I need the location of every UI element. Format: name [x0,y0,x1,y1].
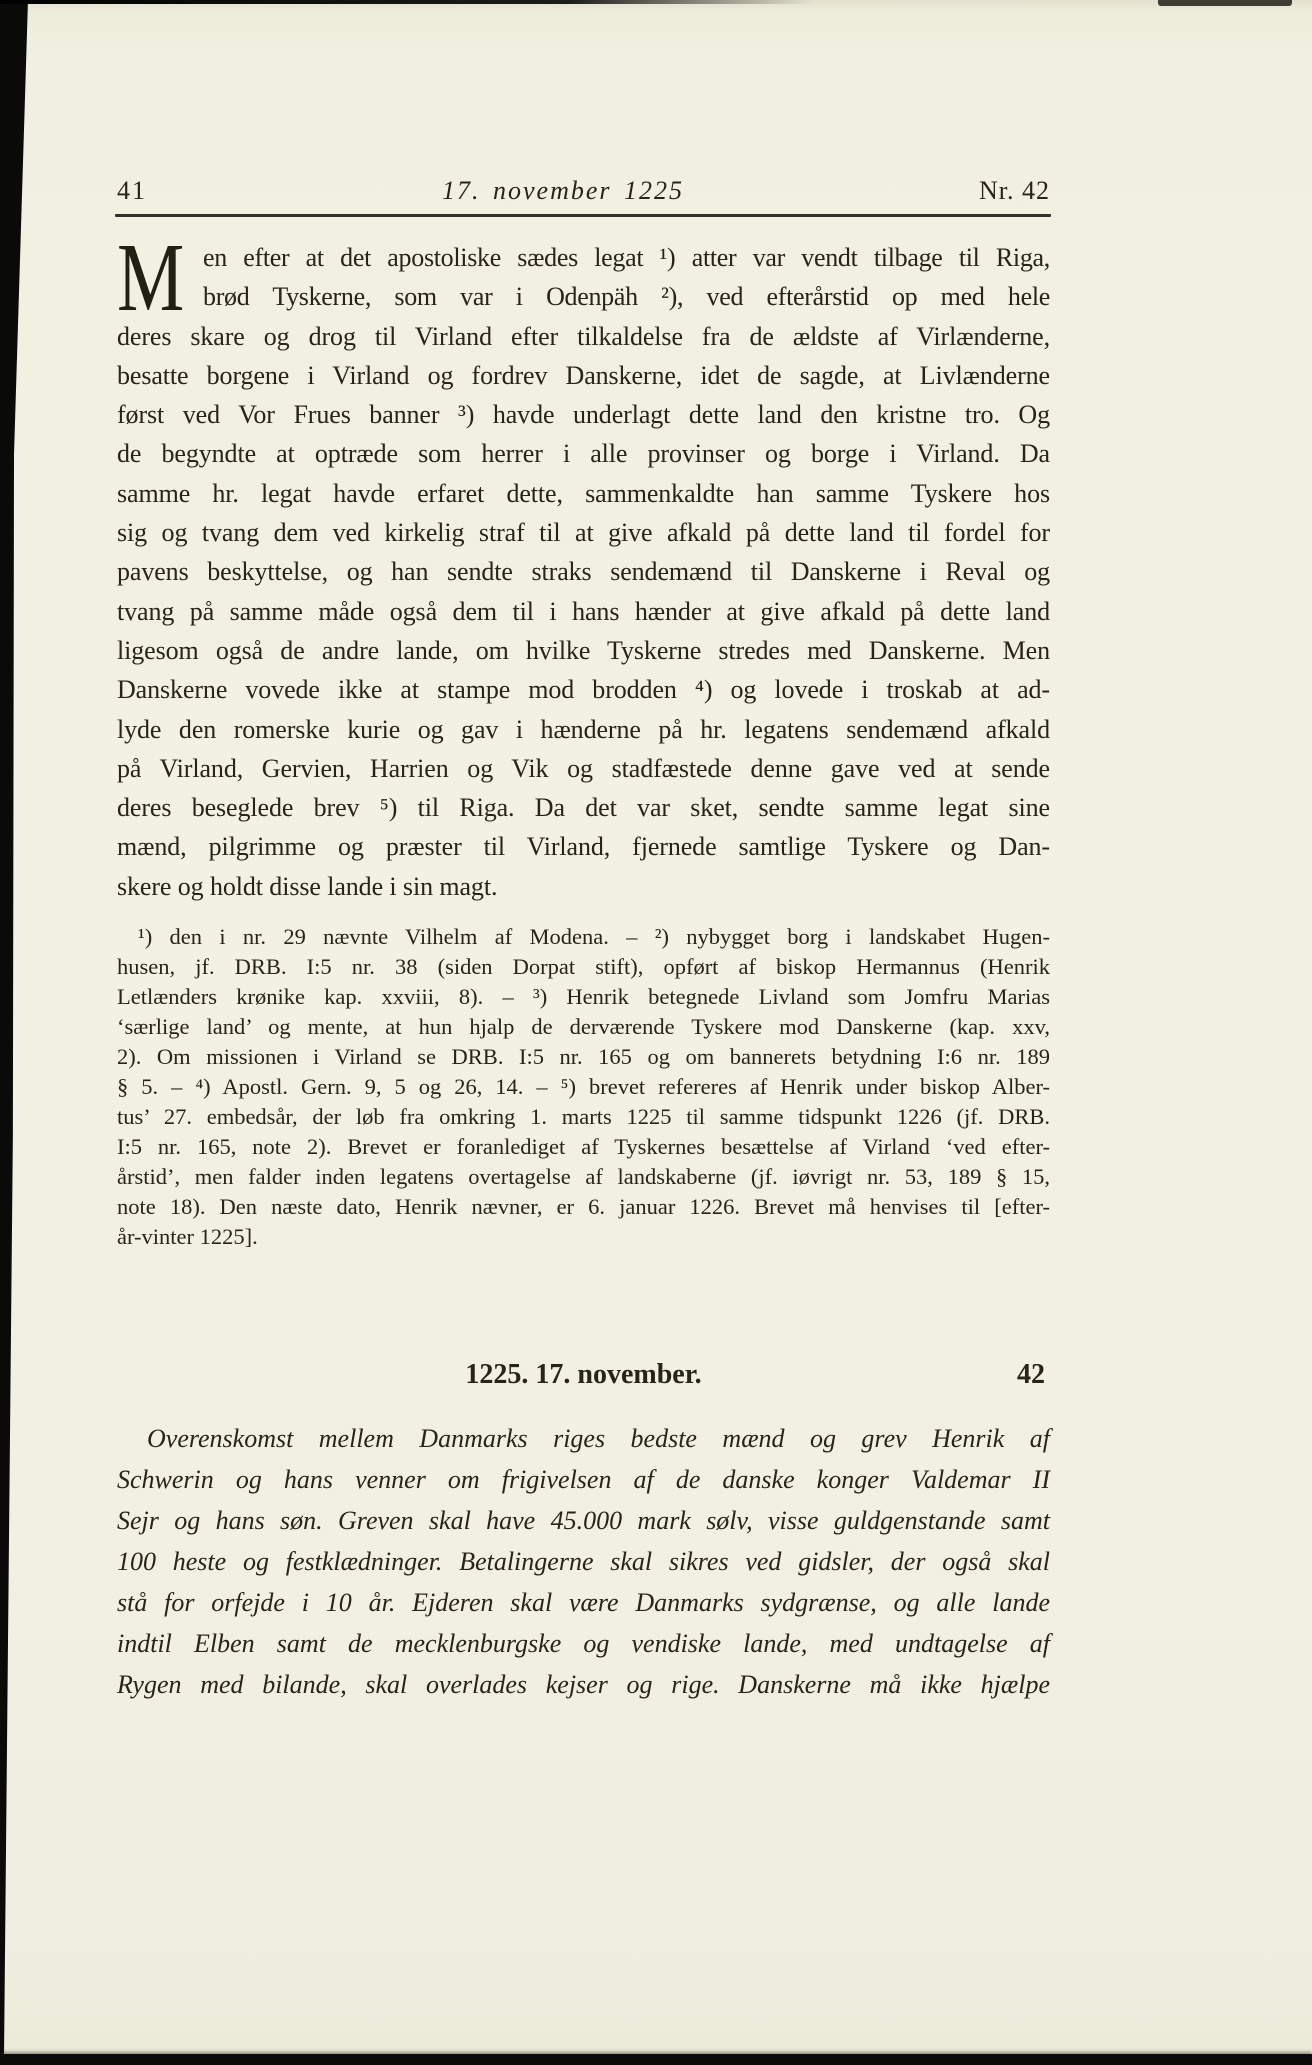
text-line: årstid’, men falder inden legatens overt… [117,1162,1050,1192]
text-line: lyde den romerske kurie og gav i hændern… [117,710,1050,749]
text-line: en efter at det apostoliske sædes legat … [117,238,1050,277]
text-line: pavens beskyttelse, og han sendte straks… [117,552,1050,591]
text-line: besatte borgene i Virland og fordrev Dan… [117,356,1050,395]
book-page: 41 17. november 1225 Nr. 42 M en efter a… [0,0,1312,2065]
text-line: ‘særlige land’ og mente, at hun hjalp de… [117,1012,1050,1042]
text-line: de begyndte at optræde som herrer i alle… [117,434,1050,473]
entry-heading: 1225. 17. november. 42 [117,1360,1050,1390]
text-line: deres beseglede brev ⁵) til Riga. Da det… [117,788,1050,827]
text-line: Rygen med bilande, skal overlades kejser… [117,1664,1050,1705]
regest-block: Overenskomst mellem Danmarks riges bedst… [117,1418,1050,1705]
text-line: på Virland, Gervien, Harrien og Vik og s… [117,749,1050,788]
text-line: ligesom også de andre lande, om hvilke T… [117,631,1050,670]
text-line: Sejr og hans søn. Greven skal have 45.00… [117,1500,1050,1541]
text-line: Letlænders krønike kap. xxviii, 8). – ³)… [117,982,1050,1012]
entry-date-heading: 1225. 17. november. [465,1359,701,1390]
header-rule [115,214,1051,217]
text-line: deres skare og drog til Virland efter ti… [117,317,1050,356]
text-line: I:5 nr. 165, note 2). Brevet er foranled… [117,1132,1050,1162]
text-line: mænd, pilgrimme og præster til Virland, … [117,827,1050,866]
text-line: brød Tyskerne, som var i Odenpäh ²), ved… [117,277,1050,316]
text-line: stå for orfejde i 10 år. Ejderen skal væ… [117,1582,1050,1623]
scan-edge-left [0,0,28,2065]
footnotes-block: ¹) den i nr. 29 nævnte Vilhelm af Modena… [117,922,1050,1252]
text-line: år-vinter 1225]. [117,1222,1050,1252]
scan-edge-top [0,0,813,4]
page-number: 41 [117,176,147,206]
text-line: 2). Om missionen i Virland se DRB. I:5 n… [117,1042,1050,1072]
text-line: Overenskomst mellem Danmarks riges bedst… [117,1418,1050,1459]
text-line: sig og tvang dem ved kirkelig straf til … [117,513,1050,552]
text-line: husen, jf. DRB. I:5 nr. 38 (siden Dorpat… [117,952,1050,982]
text-line: note 18). Den næste dato, Henrik nævner,… [117,1192,1050,1222]
document-number-label: Nr. 42 [979,176,1050,206]
text-line: samme hr. legat havde erfaret dette, sam… [117,474,1050,513]
scan-edge-bottom [0,2054,1312,2065]
text-line: Danskerne vovede ikke at stampe mod brod… [117,670,1050,709]
text-line: skere og holdt disse lande i sin magt. [117,867,1050,906]
text-line: først ved Vor Frues banner ³) havde unde… [117,395,1050,434]
page-header: 41 17. november 1225 Nr. 42 [117,176,1050,206]
running-title: 17. november 1225 [442,176,684,206]
entry-number: 42 [1017,1360,1045,1390]
main-text-block: en efter at det apostoliske sædes legat … [117,238,1050,906]
text-line: ¹) den i nr. 29 nævnte Vilhelm af Modena… [117,922,1050,952]
scan-edge-top-right [1158,0,1292,6]
text-line: indtil Elben samt de mecklenburgske og v… [117,1623,1050,1664]
text-line: tus’ 27. embedsår, der løb fra omkring 1… [117,1102,1050,1132]
text-line: tvang på samme måde også dem til i hans … [117,592,1050,631]
text-line: § 5. – ⁴) Apostl. Gern. 9, 5 og 26, 14. … [117,1072,1050,1102]
text-line: 100 heste og festklædninger. Betalingern… [117,1541,1050,1582]
text-line: Schwerin og hans venner om frigivelsen a… [117,1459,1050,1500]
